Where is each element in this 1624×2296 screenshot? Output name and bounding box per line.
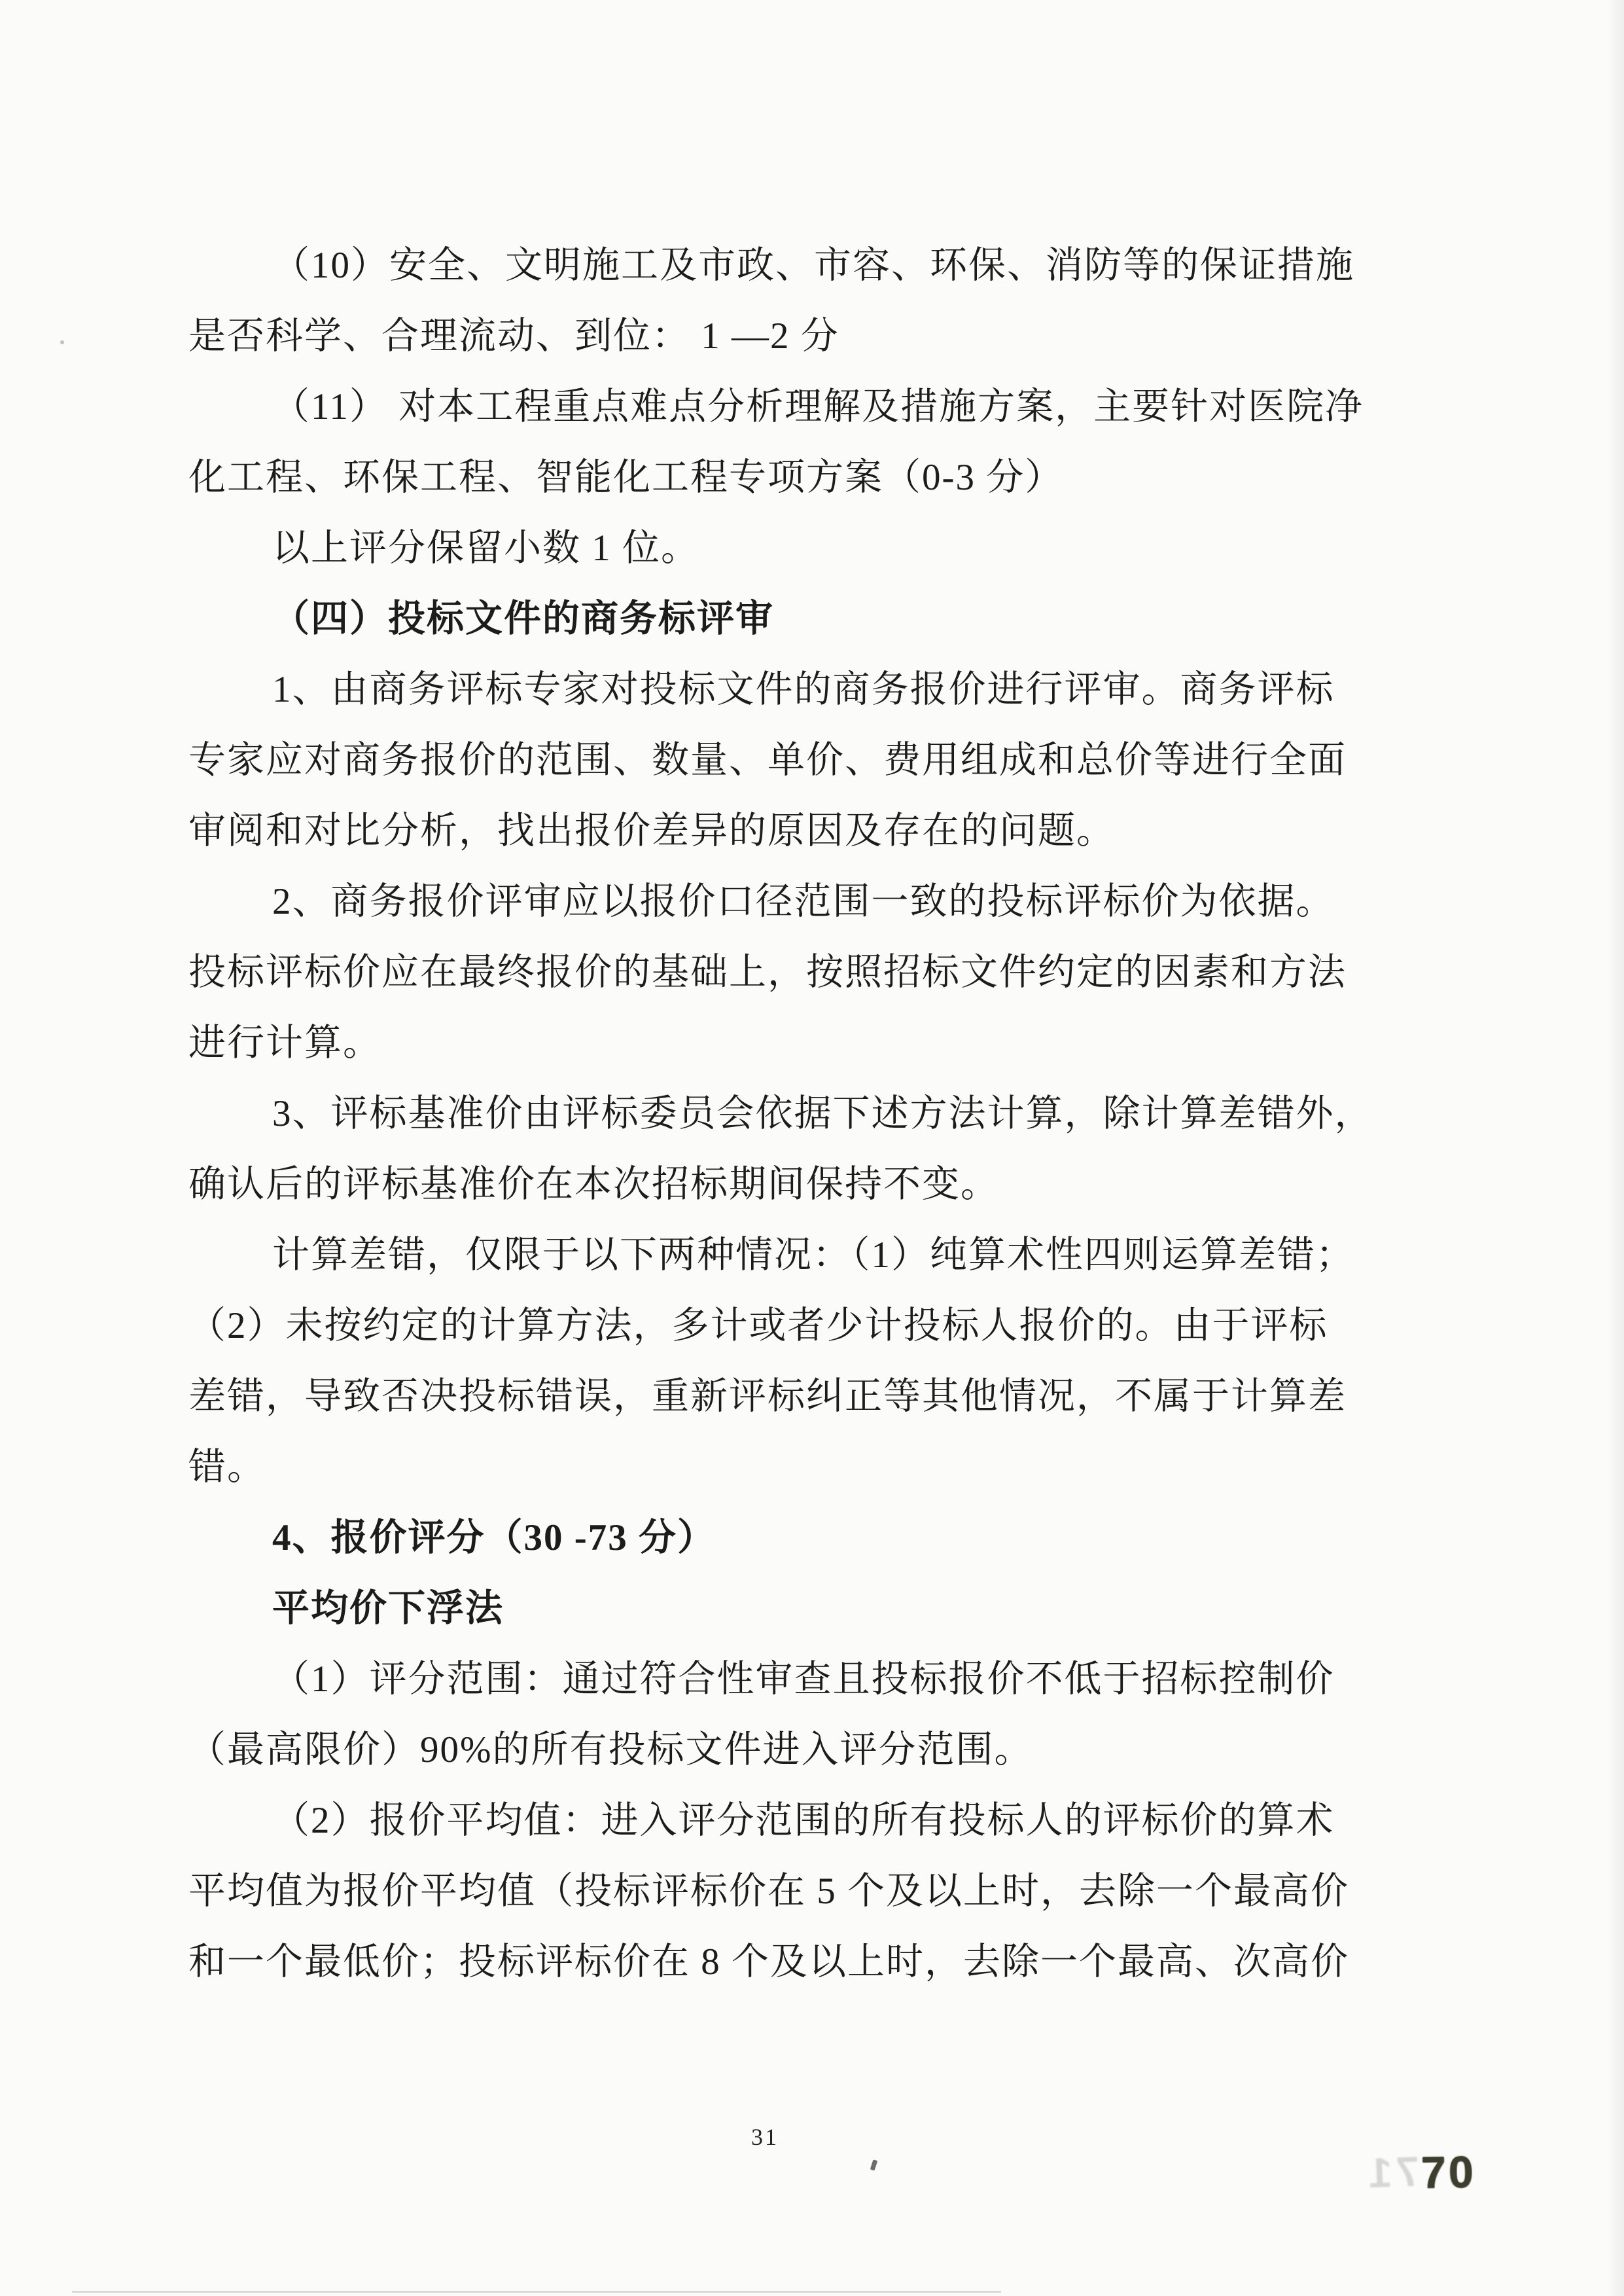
paragraph-line: 3、评标基准价由评标委员会依据下述方法计算，除计算差错外， — [188, 1079, 1438, 1149]
document-page: （10）安全、文明施工及市政、市容、环保、消防等的保证措施 是否科学、合理流动、… — [0, 0, 1624, 2296]
paragraph-line: 错。 — [188, 1432, 1438, 1503]
paragraph-line: 投标评标价应在最终报价的基础上，按照招标文件约定的因素和方法 — [188, 937, 1438, 1008]
paragraph-line: （10）安全、文明施工及市政、市容、环保、消防等的保证措施 — [188, 230, 1438, 301]
paragraph-line: （最高限价）90%的所有投标文件进入评分范围。 — [188, 1715, 1438, 1785]
paragraph-line: 以上评分保留小数 1 位。 — [188, 513, 1438, 584]
paragraph-line: （1）评分范围：通过符合性审查且投标报价不低于招标控制价 — [188, 1644, 1438, 1715]
scan-edge-line — [72, 2291, 1001, 2293]
page-number: 31 — [751, 2123, 779, 2151]
paragraph-line: 专家应对商务报价的范围、数量、单价、费用组成和总价等进行全面 — [188, 725, 1438, 796]
scan-edge-shade — [1607, 0, 1624, 2296]
paragraph-line: （2）报价平均值：进入评分范围的所有投标人的评标价的算术 — [188, 1785, 1438, 1856]
heading-average-price-method: 平均价下浮法 — [188, 1573, 1438, 1644]
paragraph-line: 差错，导致否决投标错误，重新评标纠正等其他情况，不属于计算差 — [188, 1361, 1438, 1432]
paragraph-line: 平均值为报价平均值（投标评标价在 5 个及以上时，去除一个最高价 — [188, 1856, 1438, 1927]
document-text-block: （10）安全、文明施工及市政、市容、环保、消防等的保证措施 是否科学、合理流动、… — [188, 230, 1438, 1998]
paragraph-line: （11） 对本工程重点难点分析理解及措施方案，主要针对医院净 — [188, 372, 1438, 442]
paragraph-line: 2、商务报价评审应以报价口径范围一致的投标评标价为依据。 — [188, 867, 1438, 937]
scan-speck — [60, 340, 64, 344]
paragraph-line: 和一个最低价；投标评标价在 8 个及以上时，去除一个最高、次高价 — [188, 1927, 1438, 1998]
page-stamp-ghost: 71 — [1364, 2147, 1421, 2198]
paragraph-line: 审阅和对比分析，找出报价差异的原因及存在的问题。 — [188, 796, 1438, 867]
paragraph-line: （2）未按约定的计算方法，多计或者少计投标人报价的。由于评标 — [188, 1291, 1438, 1361]
paragraph-line: 计算差错，仅限于以下两种情况：（1）纯算术性四则运算差错； — [188, 1220, 1438, 1291]
paragraph-line: 化工程、环保工程、智能化工程专项方案（0-3 分） — [188, 442, 1438, 513]
paragraph-line: 确认后的评标基准价在本次招标期间保持不变。 — [188, 1149, 1438, 1220]
page-stamp: 70 — [1421, 2146, 1476, 2198]
paragraph-line: 1、由商务评标专家对投标文件的商务报价进行评审。商务评标 — [188, 655, 1438, 725]
paragraph-line: 是否科学、合理流动、到位： 1 —2 分 — [188, 301, 1438, 372]
heading-price-scoring: 4、报价评分（30 -73 分） — [188, 1503, 1438, 1573]
heading-business-bid-review: （四）投标文件的商务标评审 — [188, 584, 1438, 655]
scan-speck — [870, 2159, 878, 2170]
paragraph-line: 进行计算。 — [188, 1008, 1438, 1079]
